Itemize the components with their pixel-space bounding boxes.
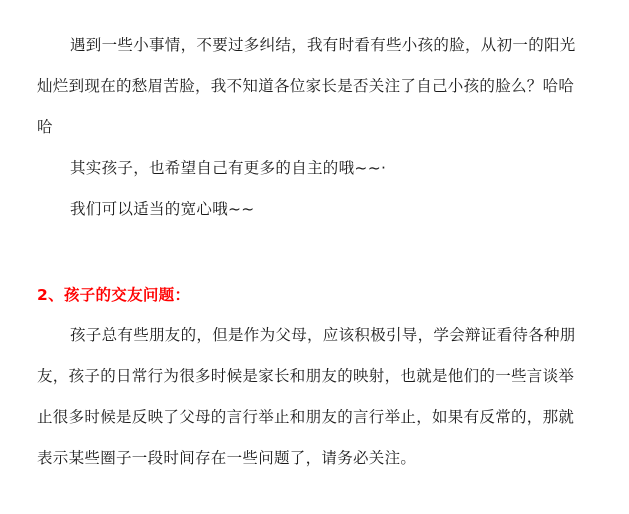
section-2-line-2: 友，孩子的日常行为很多时候是家长和朋友的映射，也就是他们的一些言谈举 (37, 364, 574, 386)
paragraph-3: 我们可以适当的宽心哦~~ (70, 197, 255, 219)
paragraph-1-line-3: 哈 (37, 115, 53, 137)
section-2-line-3: 止很多时候是反映了父母的言行举止和朋友的言行举止，如果有反常的，那就 (37, 405, 574, 427)
section-2-line-4: 表示某些圈子一段时间存在一些问题了，请务必关注。 (37, 446, 416, 468)
section-2-line-1: 孩子总有些朋友的，但是作为父母，应该积极引导，学会辩证看待各种朋 (70, 323, 576, 345)
paragraph-1-line-1: 遇到一些小事情，不要过多纠结，我有时看有些小孩的脸，从初一的阳光 (70, 33, 576, 55)
paragraph-2: 其实孩子，也希望自己有更多的自主的哦~~· (70, 156, 386, 178)
paragraph-1-line-2: 灿烂到现在的愁眉苦脸，我不知道各位家长是否关注了自己小孩的脸么？哈哈 (37, 74, 574, 96)
section-2-heading: 2、孩子的交友问题： (37, 283, 190, 305)
